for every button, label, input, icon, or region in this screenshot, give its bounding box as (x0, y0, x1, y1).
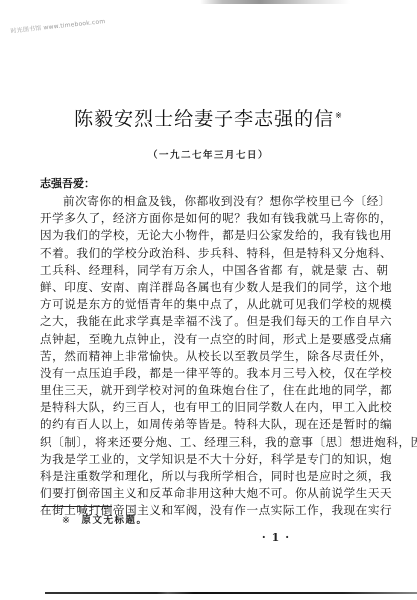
footnote-divider (42, 506, 112, 507)
footnote-mark: ※ (62, 515, 71, 526)
body-line: 织〔制〕，将来还要分炮、工、经理三科，我的意事〔思〕想进炮科，因 (40, 434, 390, 451)
title-text: 陈毅安烈士给妻子李志强的信 (74, 108, 334, 130)
footnote: ※原文无标题。 (62, 512, 147, 526)
body-line: 点钟起，至晚九点钟止，没有一点空的时间，形式上是要感受点痛 (40, 331, 390, 348)
body-line: 鲜、印度、安南、南洋群岛各属也有少数人是我们的同学，这个地 (40, 279, 390, 296)
body-line: 的约有百人以上，如周传弟等皆是。特科大队，现在还是暂时的编 (40, 416, 390, 433)
page-number: ·1· (0, 531, 417, 544)
letter-date: （一九二七年三月七日） (0, 147, 417, 161)
letter-body: 前次寄你的相盒及钱，你都收到没有？想你学校里已今〔经〕 开学多久了，经济方面你是… (40, 193, 390, 520)
body-line: 因为我们的学校，无论大小物件，都是归公家发给的，我有钱也用 (40, 227, 390, 244)
body-line: 没有一点压迫手段，都是一律平等的。我本月三号入校，仅在学校 (40, 365, 390, 382)
body-line: 们要打倒帝国主义和反革命非用这种大炮不可。你从前说学生天天 (40, 485, 390, 502)
title-footnote-mark: ※ (335, 111, 343, 120)
body-line: 科是注重数学和理化，所以与我所学相合，同时也是应时之须，我 (40, 468, 390, 485)
document-title: 陈毅安烈士给妻子李志强的信※ (0, 104, 417, 131)
body-line: 开学多久了，经济方面你是如何的呢？我如有钱我就马上寄你的， (40, 210, 390, 227)
watermark: 时光图书馆 www.timebook.com (10, 16, 106, 35)
salutation: 志强吾爱： (40, 175, 95, 191)
body-line: 苦，然而精神上非常愉快。从校长以至教员学生，除各尽责任外， (40, 348, 390, 365)
scan-top-edge (200, 0, 350, 4)
body-line: 是特科大队，约三百人，也有甲工的旧同学数人在内，甲工入此校 (40, 399, 390, 416)
body-line: 里住三天，就开到学校对河的鱼珠炮台住了，住在此地的同学，都 (40, 382, 390, 399)
body-line: 为我是学工业的，文学知识是不大十分好，科学是专门的知识，炮 (40, 451, 390, 468)
body-line: 前次寄你的相盒及钱，你都收到没有？想你学校里已今〔经〕 (40, 193, 390, 210)
footnote-text: 原文无标题。 (81, 515, 147, 526)
body-line: 工兵科、经理科，同学有万余人，中国各省都 有，就是蒙 古、朝 (40, 262, 390, 279)
body-line: 之大，我能在此求学真是幸福不浅了。但是我们每天的工作自早六 (40, 313, 390, 330)
body-line: 方可说是东方的觉悟青年的集中点了，从此就可见我们学校的规模 (40, 296, 390, 313)
body-line: 不着。我们的学校分政治科、步兵科、特科，但是特科又分炮科、 (40, 245, 390, 262)
scan-bottom-edge (45, 592, 417, 594)
